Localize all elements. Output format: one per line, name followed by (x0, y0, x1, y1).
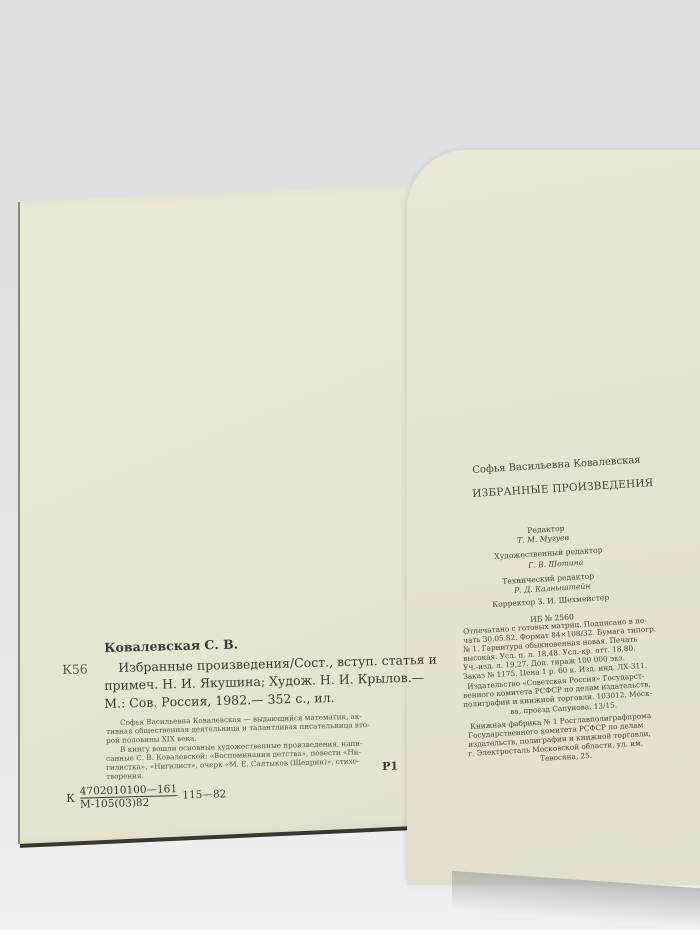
index-suffix: 115—82 (182, 788, 226, 801)
page-edge (20, 825, 432, 848)
annotation-line-7: творения. (106, 771, 144, 781)
index-prefix: К (66, 792, 75, 805)
right-page (407, 150, 700, 885)
classification-marker: Р1 (382, 760, 398, 773)
catalog-code: К56 (62, 661, 88, 677)
open-book-photo: Ковалевская С. В. К56 Избранные произвед… (0, 0, 700, 930)
index-fraction: 4702010100—161 М-105(03)82 (80, 783, 178, 811)
index-numerator: 4702010100—161 (80, 783, 178, 799)
index-denominator: М-105(03)82 (80, 797, 150, 811)
index-formula: К 4702010100—161 М-105(03)82 115—82 (66, 782, 227, 811)
